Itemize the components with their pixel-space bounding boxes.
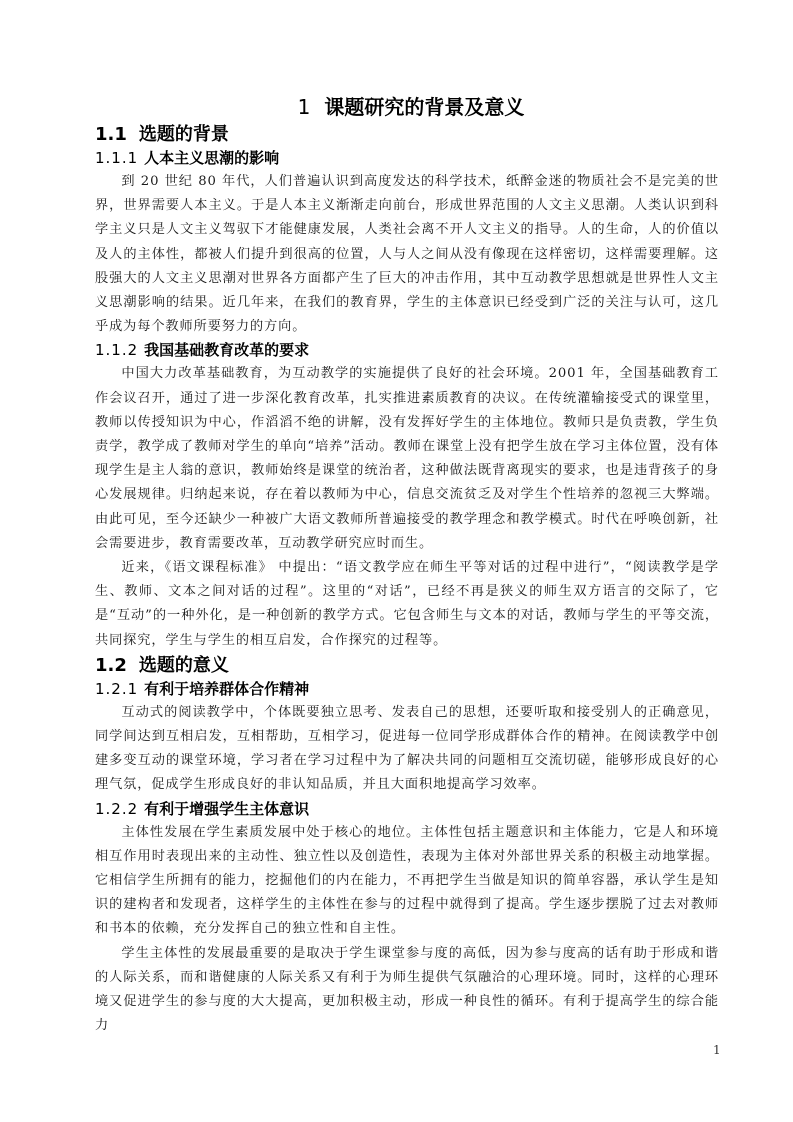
subsection-heading-1-2-2: 1.2.2有利于增强学生主体意识 bbox=[95, 798, 719, 821]
document-page: 1课题研究的背景及意义 1.1选题的背景 1.1.1人本主义思潮的影响 到 20… bbox=[95, 92, 719, 1039]
section-title: 选题的意义 bbox=[139, 655, 229, 676]
subsection-number: 1.2.2 bbox=[95, 800, 138, 818]
chapter-title-text: 课题研究的背景及意义 bbox=[324, 95, 524, 119]
paragraph: 中国大力改革基础教育，为互动教学的实施提供了良好的社会环境。2001 年，全国基… bbox=[95, 362, 719, 556]
subsection-heading-1-1-2: 1.1.2我国基础教育改革的要求 bbox=[95, 339, 719, 362]
section-heading-1-2: 1.2选题的意义 bbox=[95, 653, 719, 678]
paragraph: 主体性发展在学生素质发展中处于核心的地位。主体性包括主题意识和主体能力，它是人和… bbox=[95, 821, 719, 942]
chapter-title: 1课题研究的背景及意义 bbox=[95, 92, 719, 122]
section-number: 1.1 bbox=[95, 124, 127, 145]
section-number: 1.2 bbox=[95, 655, 127, 676]
subsection-title: 有利于培养群体合作精神 bbox=[144, 680, 309, 698]
chapter-number: 1 bbox=[298, 95, 311, 119]
subsection-number: 1.1.2 bbox=[95, 341, 138, 359]
section-title: 选题的背景 bbox=[139, 124, 229, 145]
subsection-title: 有利于增强学生主体意识 bbox=[144, 800, 309, 818]
paragraph: 到 20 世纪 80 年代，人们普遍认识到高度发达的科学技术，纸醉金迷的物质社会… bbox=[95, 170, 719, 339]
subsection-number: 1.1.1 bbox=[95, 149, 138, 167]
subsection-title: 人本主义思潮的影响 bbox=[144, 149, 279, 167]
subsection-number: 1.2.1 bbox=[95, 680, 138, 698]
subsection-heading-1-2-1: 1.2.1有利于培养群体合作精神 bbox=[95, 678, 719, 701]
subsection-title: 我国基础教育改革的要求 bbox=[144, 341, 309, 359]
paragraph: 学生主体性的发展最重要的是取决于学生课堂参与度的高低，因为参与度高的话有助于形成… bbox=[95, 942, 719, 1039]
page-number: 1 bbox=[713, 1043, 721, 1057]
paragraph: 互动式的阅读教学中，个体既要独立思考、发表自己的思想，还要听取和接受别人的正确意… bbox=[95, 701, 719, 798]
paragraph: 近来，《语文课程标准》 中提出：“语文教学应在师生平等对话的过程中进行”，“阅读… bbox=[95, 556, 719, 653]
section-heading-1-1: 1.1选题的背景 bbox=[95, 122, 719, 147]
subsection-heading-1-1-1: 1.1.1人本主义思潮的影响 bbox=[95, 147, 719, 170]
